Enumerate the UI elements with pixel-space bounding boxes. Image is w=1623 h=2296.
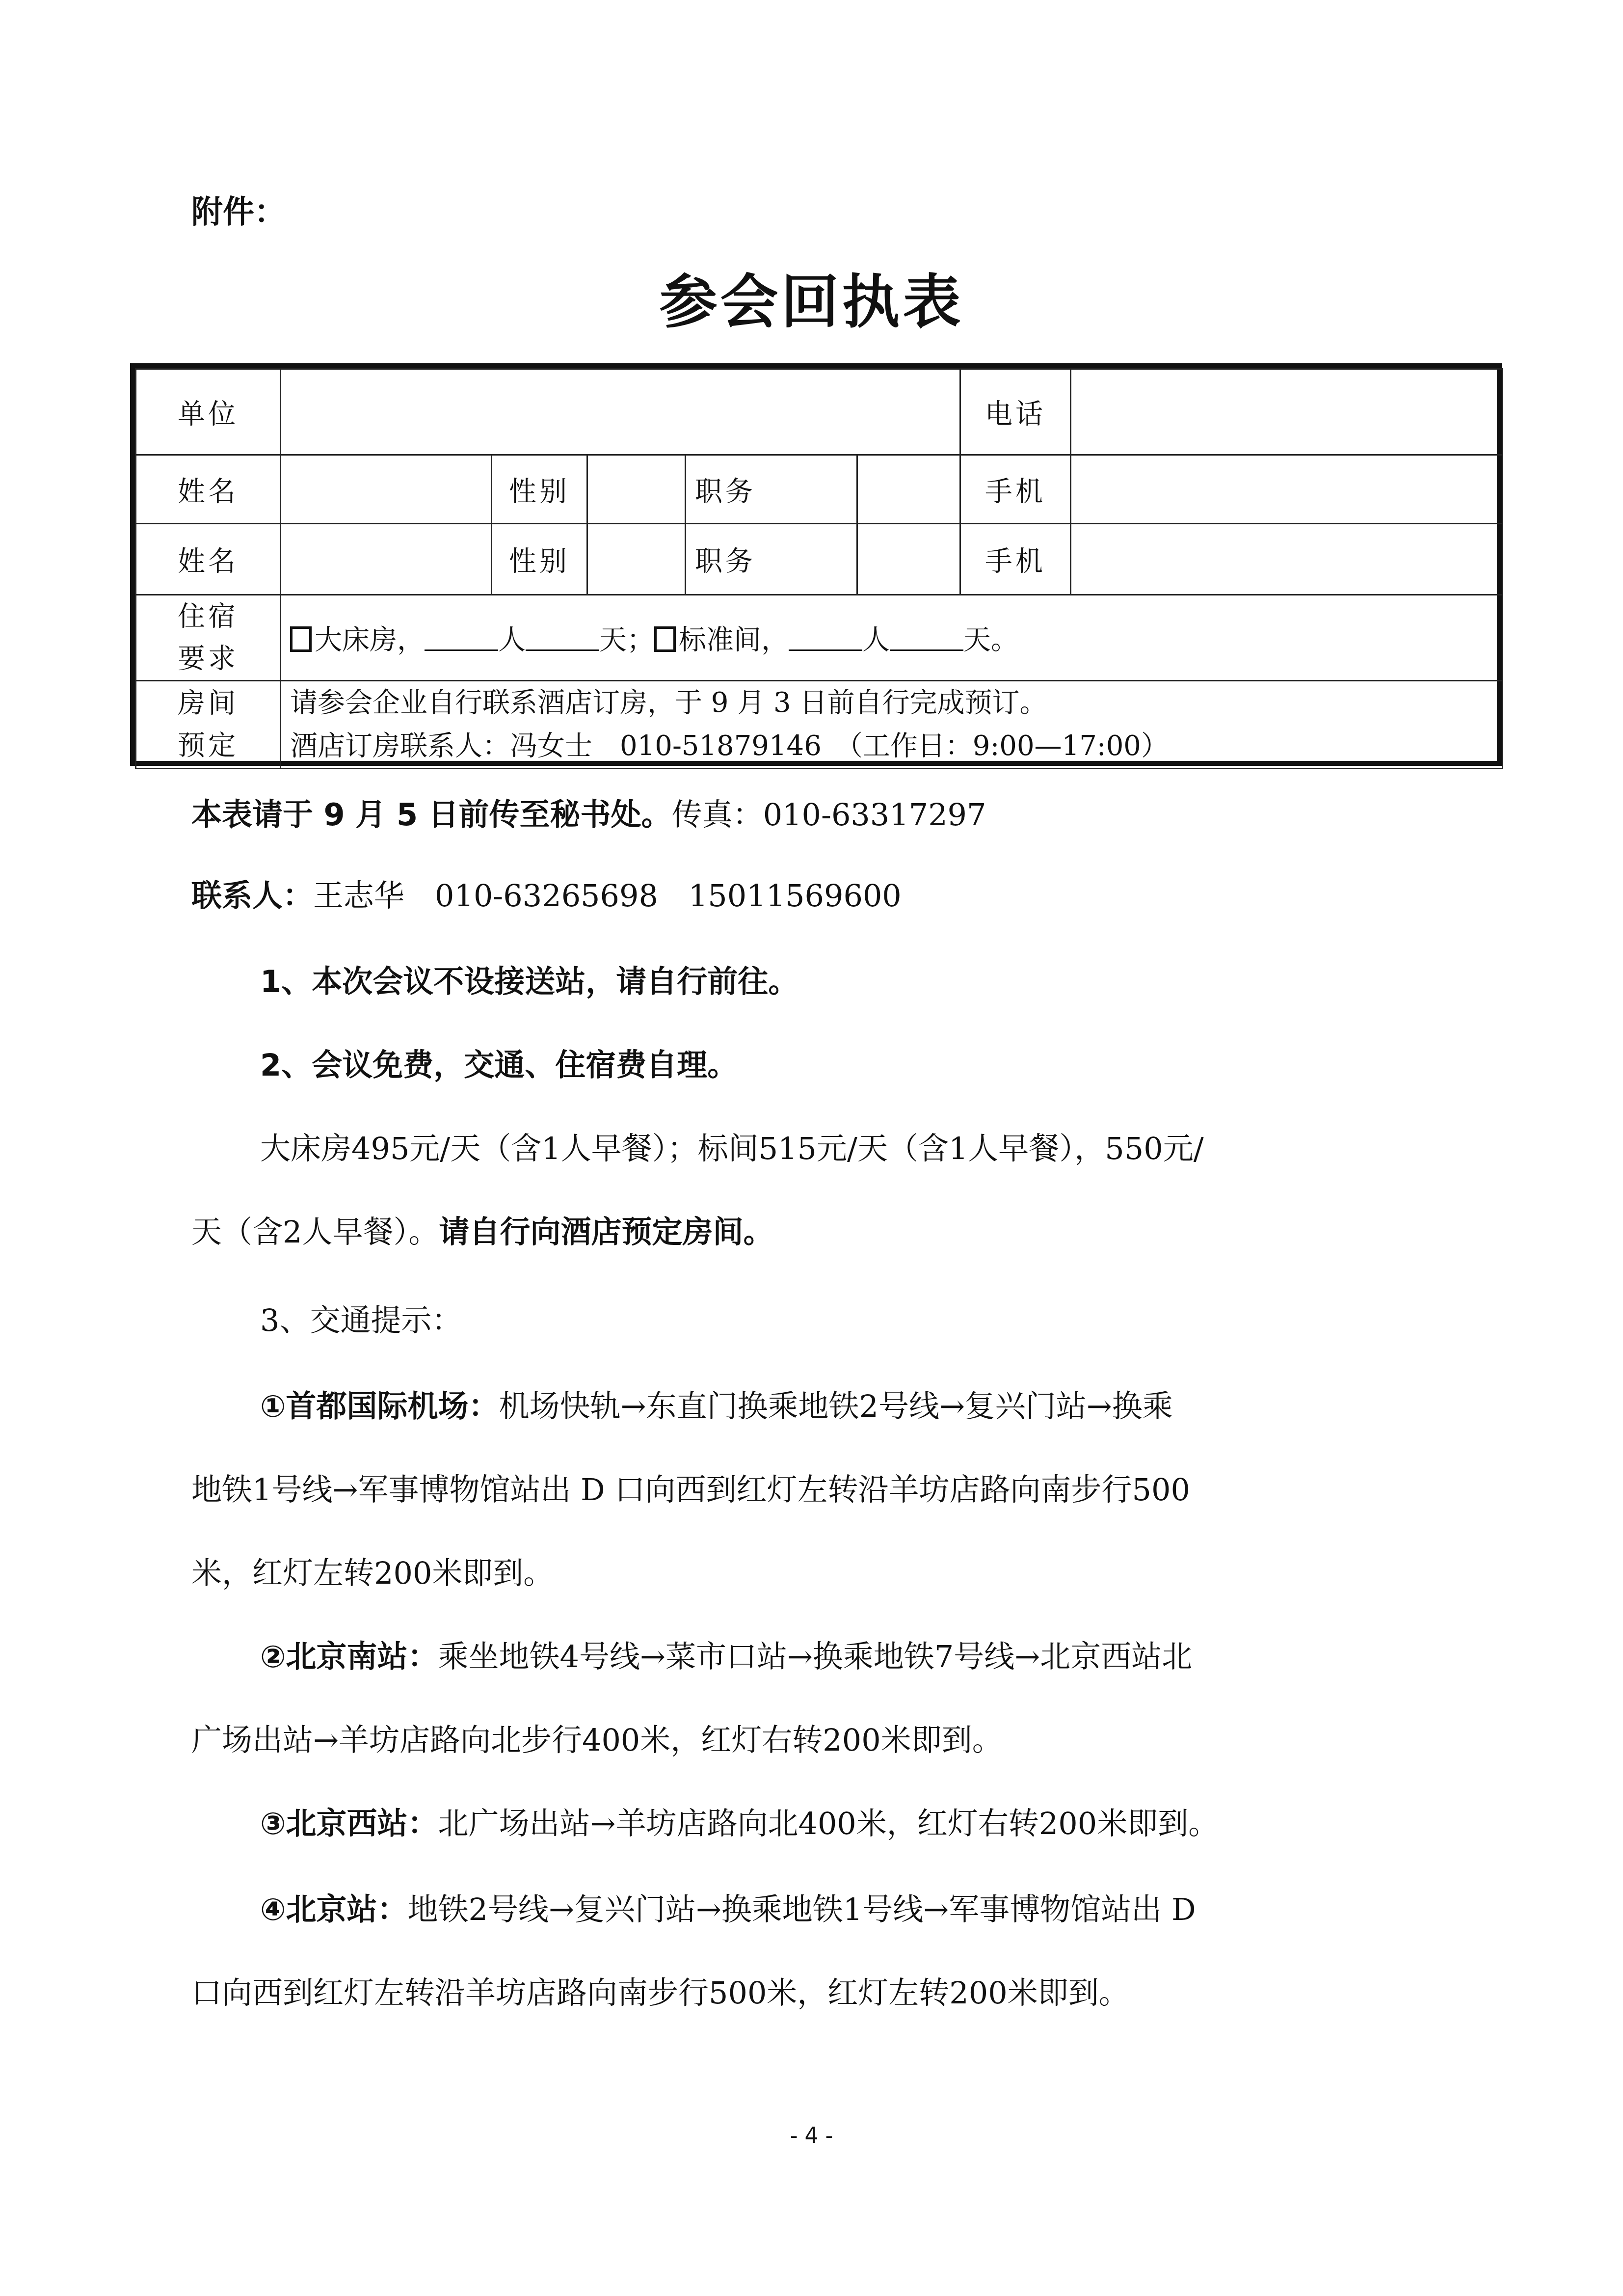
transport-airport-line2: 地铁1号线→军事博物馆站出 D 口向西到红灯左转沿羊坊店路向南步行500: [191, 1465, 1190, 1509]
booking-info: 请参会企业自行联系酒店订房，于 9 月 3 日前自行完成预订。 酒店订房联系人：…: [281, 681, 1503, 769]
fax-number: 传真：010-63317297: [672, 797, 986, 833]
name-field[interactable]: [281, 524, 492, 595]
note-item-1: 1、本次会议不设接送站，请自行前往。: [260, 957, 798, 1001]
name-field[interactable]: [281, 455, 492, 524]
booking-reminder: 请自行向酒店预定房间。: [439, 1214, 773, 1250]
page-title: 参会回执表: [0, 255, 1623, 339]
people-unit: 人: [862, 624, 890, 656]
label-name: 姓名: [136, 524, 281, 595]
transport-beijing-station-line2: 口向西到红灯左转沿羊坊店路向南步行500米，红灯左转200米即到。: [191, 1969, 1129, 2012]
label-booking: 房间 预定: [136, 681, 281, 769]
position-field[interactable]: [857, 524, 960, 595]
mobile-field[interactable]: [1071, 524, 1503, 595]
row-attendee-2: 姓名 性别 职务 手机: [136, 524, 1503, 595]
submit-deadline: 本表请于 9 月 5 日前传至秘书处。: [191, 797, 672, 833]
label-accommodation: 住宿 要求: [136, 595, 281, 681]
row-accommodation: 住宿 要求 大床房，人天；标准间，人天。: [136, 595, 1503, 681]
transport-route: 北广场出站→羊坊店路向北400米，红灯右转200米即到。: [438, 1806, 1219, 1841]
days-unit: 天。: [963, 624, 1018, 656]
king-room-people-input[interactable]: [425, 625, 498, 651]
circled-number-1-icon: ①: [260, 1388, 286, 1424]
transport-airport-line3: 米，红灯左转200米即到。: [191, 1549, 554, 1593]
transport-place: 北京西站：: [286, 1806, 438, 1841]
price-line-2: 天（含2人早餐）。请自行向酒店预定房间。: [191, 1208, 773, 1251]
row-booking: 房间 预定 请参会企业自行联系酒店订房，于 9 月 3 日前自行完成预订。 酒店…: [136, 681, 1503, 769]
label-name: 姓名: [136, 455, 281, 524]
label-position: 职务: [686, 524, 857, 595]
transport-place: 首都国际机场：: [286, 1388, 499, 1424]
registration-form-table: 单位 电话 姓名 性别 职务 手机 姓名 性别 职务 手机 住: [130, 363, 1502, 766]
king-room-days-input[interactable]: [526, 625, 599, 651]
gender-field[interactable]: [587, 524, 686, 595]
transport-route: 地铁2号线→复兴门站→换乘地铁1号线→军事博物馆站出 D: [408, 1891, 1196, 1927]
transport-route: 机场快轨→东直门换乘地铁2号线→复兴门站→换乘: [499, 1388, 1173, 1424]
position-field[interactable]: [857, 455, 960, 524]
mobile-field[interactable]: [1071, 455, 1503, 524]
label-unit: 单位: [136, 369, 281, 455]
transport-beijing-station: ④北京站：地铁2号线→复兴门站→换乘地铁1号线→军事博物馆站出 D: [260, 1885, 1196, 1929]
transport-place: 北京南站：: [286, 1639, 438, 1675]
unit-field[interactable]: [281, 369, 960, 455]
accommodation-options: 大床房，人天；标准间，人天。: [281, 595, 1503, 681]
label-booking-line2: 预定: [145, 725, 271, 767]
price-line-2-text: 天（含2人早餐）。: [191, 1214, 439, 1250]
circled-number-2-icon: ②: [260, 1639, 286, 1675]
label-accommodation-line2: 要求: [145, 638, 271, 680]
label-gender: 性别: [492, 524, 587, 595]
transport-place: 北京站：: [286, 1891, 408, 1927]
circled-number-4-icon: ④: [260, 1891, 286, 1927]
transport-route: 乘坐地铁4号线→菜市口站→换乘地铁7号线→北京西站北: [438, 1639, 1193, 1675]
attachment-label: 附件：: [191, 187, 286, 232]
page-number: - 4 -: [0, 2123, 1623, 2148]
standard-room-days-input[interactable]: [890, 625, 963, 651]
king-room-label: 大床房，: [315, 624, 425, 656]
price-line-1: 大床房495元/天（含1人早餐）；标间515元/天（含1人早餐），550元/: [260, 1124, 1204, 1168]
people-unit: 人: [498, 624, 526, 656]
label-mobile: 手机: [960, 455, 1071, 524]
transport-beijing-south-line2: 广场出站→羊坊店路向北步行400米，红灯右转200米即到。: [191, 1716, 1003, 1759]
submit-instruction: 本表请于 9 月 5 日前传至秘书处。传真：010-63317297: [191, 790, 986, 834]
transport-beijing-south: ②北京南站：乘坐地铁4号线→菜市口站→换乘地铁7号线→北京西站北: [260, 1632, 1192, 1676]
circled-number-3-icon: ③: [260, 1806, 286, 1841]
label-gender: 性别: [492, 455, 587, 524]
gender-field[interactable]: [587, 455, 686, 524]
transport-beijing-west: ③北京西站：北广场出站→羊坊店路向北400米，红灯右转200米即到。: [260, 1799, 1219, 1843]
booking-instruction: 请参会企业自行联系酒店订房，于 9 月 3 日前自行完成预订。: [290, 681, 1493, 725]
days-unit: 天；: [599, 624, 654, 656]
row-attendee-1: 姓名 性别 职务 手机: [136, 455, 1503, 524]
standard-room-people-input[interactable]: [789, 625, 862, 651]
label-mobile: 手机: [960, 524, 1071, 595]
note-item-3: 3、交通提示：: [260, 1296, 462, 1340]
standard-room-checkbox[interactable]: [654, 626, 676, 652]
standard-room-label: 标准间，: [679, 624, 789, 656]
label-accommodation-line1: 住宿: [145, 595, 271, 638]
contact-details: 王志华 010-63265698 15011569600: [313, 878, 902, 914]
king-room-checkbox[interactable]: [290, 626, 312, 652]
phone-field[interactable]: [1071, 369, 1503, 455]
note-item-2: 2、会议免费，交通、住宿费自理。: [260, 1041, 738, 1084]
contact-label: 联系人：: [191, 878, 313, 914]
contact-line: 联系人：王志华 010-63265698 15011569600: [191, 871, 902, 915]
transport-airport: ①首都国际机场：机场快轨→东直门换乘地铁2号线→复兴门站→换乘: [260, 1382, 1173, 1426]
label-phone: 电话: [960, 369, 1071, 455]
label-position: 职务: [686, 455, 857, 524]
booking-contact: 酒店订房联系人：冯女士 010-51879146 （工作日：9:00—17:00…: [290, 725, 1493, 768]
label-booking-line1: 房间: [145, 682, 271, 725]
row-unit: 单位 电话: [136, 369, 1503, 455]
